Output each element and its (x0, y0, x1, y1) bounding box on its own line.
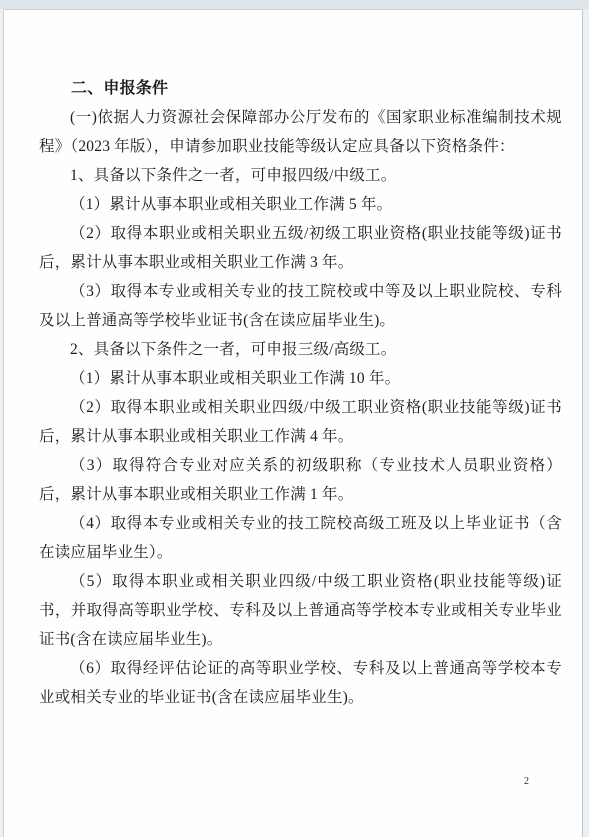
paragraph: （3）取得本专业或相关专业的技工院校或中等及以上职业院校、专科及以上普通高等学校… (39, 277, 562, 335)
paragraph: 2、具备以下条件之一者，可申报三级/高级工。 (39, 335, 562, 364)
paragraph: （3）取得符合专业对应关系的初级职称（专业技术人员职业资格）后，累计从事本职业或… (39, 451, 562, 509)
document-page: 二、申报条件 (一)依据人力资源社会保障部办公厅发布的《国家职业标准编制技术规程… (3, 9, 583, 837)
paragraph: （6）取得经评估论证的高等职业学校、专科及以上普通高等学校本专业或相关专业的毕业… (39, 654, 562, 712)
paragraph: 1、具备以下条件之一者，可申报四级/中级工。 (39, 161, 562, 190)
paragraph: （2）取得本职业或相关职业五级/初级工职业资格(职业技能等级)证书后，累计从事本… (39, 219, 562, 277)
paragraph: （4）取得本专业或相关专业的技工院校高级工班及以上毕业证书（含在读应届毕业生）。 (39, 509, 562, 567)
document-body: 二、申报条件 (一)依据人力资源社会保障部办公厅发布的《国家职业标准编制技术规程… (39, 74, 562, 712)
page-number: 2 (524, 776, 529, 787)
paragraph: (一)依据人力资源社会保障部办公厅发布的《国家职业标准编制技术规程》（2023 … (39, 103, 562, 161)
paragraph: （5）取得本职业或相关职业四级/中级工职业资格(职业技能等级)证书，并取得高等职… (39, 567, 562, 654)
paragraph: （1）累计从事本职业或相关职业工作满 5 年。 (39, 190, 562, 219)
paragraph: （2）取得本职业或相关职业四级/中级工职业资格(职业技能等级)证书后，累计从事本… (39, 393, 562, 451)
paragraph: （1）累计从事本职业或相关职业工作满 10 年。 (39, 364, 562, 393)
window-top-band (0, 0, 589, 9)
section-heading: 二、申报条件 (39, 74, 562, 103)
